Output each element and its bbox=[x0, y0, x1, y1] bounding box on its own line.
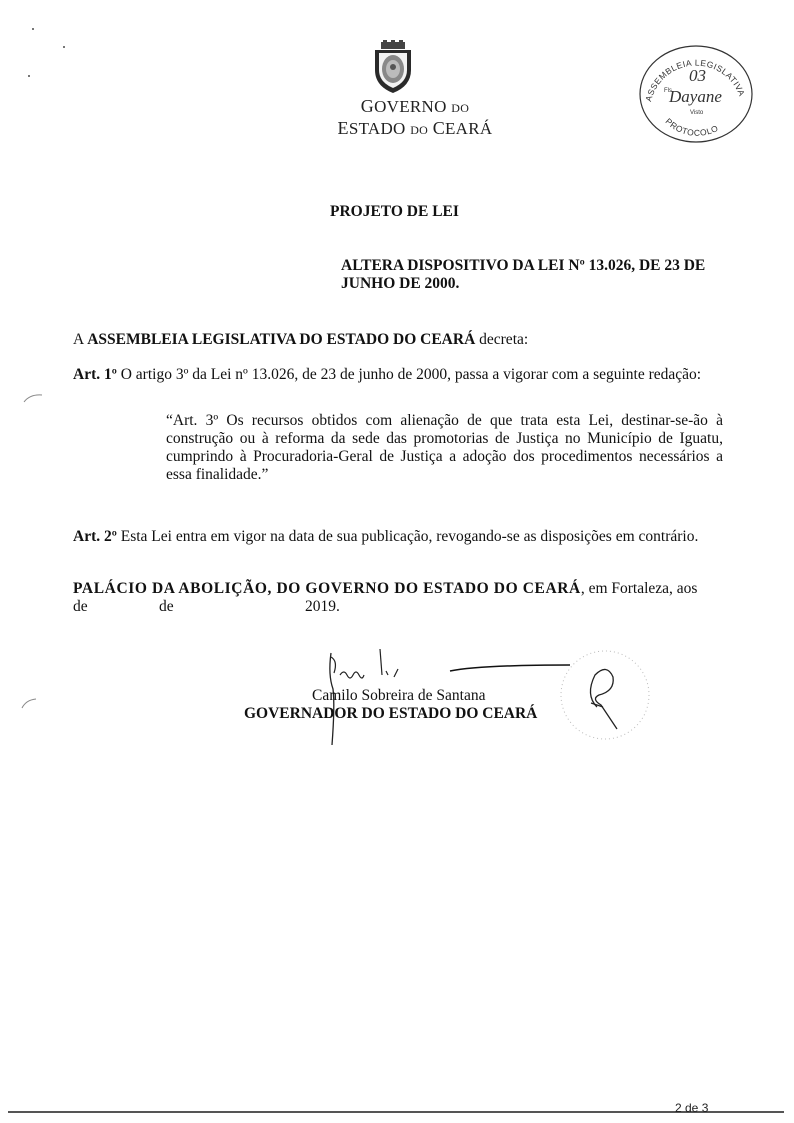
svg-text:Visto: Visto bbox=[690, 110, 704, 116]
footer-rule bbox=[8, 1111, 784, 1113]
article-2-label: Art. 2º bbox=[73, 528, 117, 545]
margin-mark-icon bbox=[22, 392, 44, 404]
article-2: Art. 2º Esta Lei entra em vigor na data … bbox=[73, 528, 723, 546]
enacting-clause: A ASSEMBLEIA LEGISLATIVA DO ESTADO DO CE… bbox=[73, 331, 723, 349]
governo-line: GOVERNO DO bbox=[330, 96, 500, 118]
svg-text:PROTOCOLO: PROTOCOLO bbox=[664, 116, 720, 138]
initials-rubric-icon bbox=[555, 645, 660, 750]
svg-text:Dayane: Dayane bbox=[668, 87, 722, 106]
scan-speck bbox=[28, 75, 30, 77]
scan-speck bbox=[63, 46, 65, 48]
quoted-article-3: “Art. 3º Os recursos obtidos com alienaç… bbox=[166, 412, 723, 484]
page-indicator: 2 de 3 bbox=[675, 1101, 708, 1115]
estado-line: ESTADO DO CEARÁ bbox=[330, 118, 500, 140]
signatory-title: GOVERNADOR DO ESTADO DO CEARÁ bbox=[244, 705, 537, 723]
ceara-coat-of-arms-icon bbox=[371, 40, 415, 94]
svg-text:03: 03 bbox=[689, 66, 706, 85]
place-clause: PALÁCIO DA ABOLIÇÃO, DO GOVERNO DO ESTAD… bbox=[73, 580, 723, 598]
assembly-protocol-stamp-icon: ASSEMBLEIA LEGISLATIVA DO CEARÁ PROTOCOL… bbox=[637, 44, 755, 144]
document-title: PROJETO DE LEI bbox=[330, 203, 459, 221]
ementa: ALTERA DISPOSITIVO DA LEI Nº 13.026, DE … bbox=[341, 257, 731, 293]
margin-mark-icon bbox=[20, 697, 42, 709]
article-1-label: Art. 1º bbox=[73, 366, 117, 383]
scan-speck bbox=[32, 28, 34, 30]
signatory-name: Camilo Sobreira de Santana bbox=[312, 687, 485, 705]
article-1: Art. 1º O artigo 3º da Lei nº 13.026, de… bbox=[73, 366, 723, 384]
government-header: GOVERNO DO ESTADO DO CEARÁ bbox=[330, 96, 500, 140]
